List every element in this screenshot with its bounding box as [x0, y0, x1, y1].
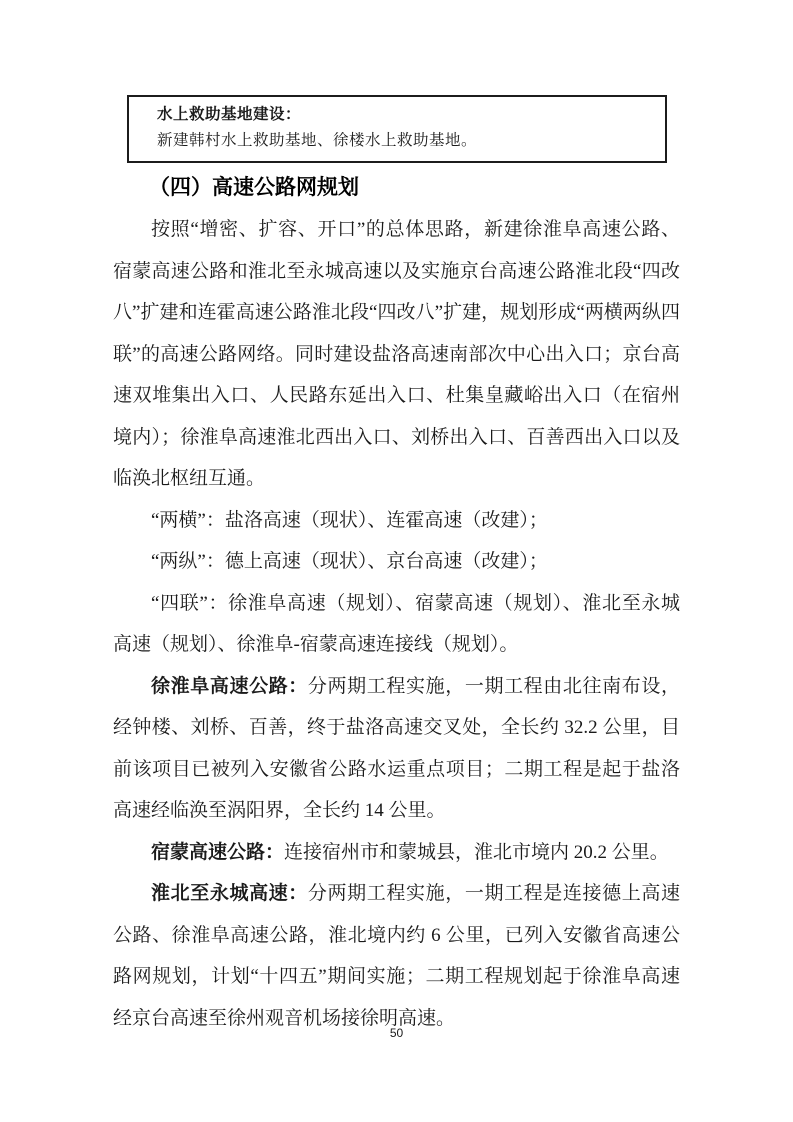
- paragraph-su-meng: 宿蒙高速公路：连接宿州市和蒙城县，淮北市境内 20.2 公里。: [113, 832, 680, 874]
- paragraph-two-zong: “两纵”：德上高速（现状）、京台高速（改建）；: [113, 541, 680, 583]
- body-text: 按照“增密、扩容、开口”的总体思路，新建徐淮阜高速公路、宿蒙高速公路和淮北至永城…: [113, 209, 680, 1039]
- paragraph-huaibei-yongcheng-body: 分两期工程实施，一期工程是连接德上高速公路、徐淮阜高速公路，淮北境内约 6 公里…: [113, 883, 680, 1029]
- paragraph-su-meng-lead: 宿蒙高速公路：: [151, 842, 284, 863]
- paragraph-xu-huai-fu: 徐淮阜高速公路：分两期工程实施，一期工程由北往南布设，经钟楼、刘桥、百善，终于盐…: [113, 666, 680, 832]
- section-heading: （四）高速公路网规划: [113, 172, 680, 204]
- paragraph-xu-huai-fu-body: 分两期工程实施，一期工程由北往南布设，经钟楼、刘桥、百善，终于盐洛高速交叉处，全…: [113, 676, 680, 822]
- paragraph-two-heng: “两横”：盐洛高速（现状）、连霍高速（改建）；: [113, 500, 680, 542]
- document-page: 水上救助基地建设： 新建韩村水上救助基地、徐楼水上救助基地。 （四）高速公路网规…: [0, 0, 793, 1122]
- callout-box-title: 水上救助基地建设：: [157, 102, 655, 128]
- paragraph-huaibei-yongcheng-lead: 淮北至永城高速：: [151, 883, 308, 904]
- paragraph-huaibei-yongcheng: 淮北至永城高速：分两期工程实施，一期工程是连接德上高速公路、徐淮阜高速公路，淮北…: [113, 873, 680, 1039]
- paragraph-intro: 按照“增密、扩容、开口”的总体思路，新建徐淮阜高速公路、宿蒙高速公路和淮北至永城…: [113, 209, 680, 500]
- page-content: 水上救助基地建设： 新建韩村水上救助基地、徐楼水上救助基地。 （四）高速公路网规…: [113, 95, 680, 1039]
- paragraph-four-lian: “四联”：徐淮阜高速（规划）、宿蒙高速（规划）、淮北至永城高速（规划）、徐淮阜-…: [113, 583, 680, 666]
- callout-box: 水上救助基地建设： 新建韩村水上救助基地、徐楼水上救助基地。: [127, 95, 667, 163]
- callout-box-body: 新建韩村水上救助基地、徐楼水上救助基地。: [157, 128, 655, 154]
- page-number: 50: [0, 1026, 793, 1040]
- paragraph-su-meng-body: 连接宿州市和蒙城县，淮北市境内 20.2 公里。: [284, 842, 669, 863]
- paragraph-xu-huai-fu-lead: 徐淮阜高速公路：: [151, 676, 308, 697]
